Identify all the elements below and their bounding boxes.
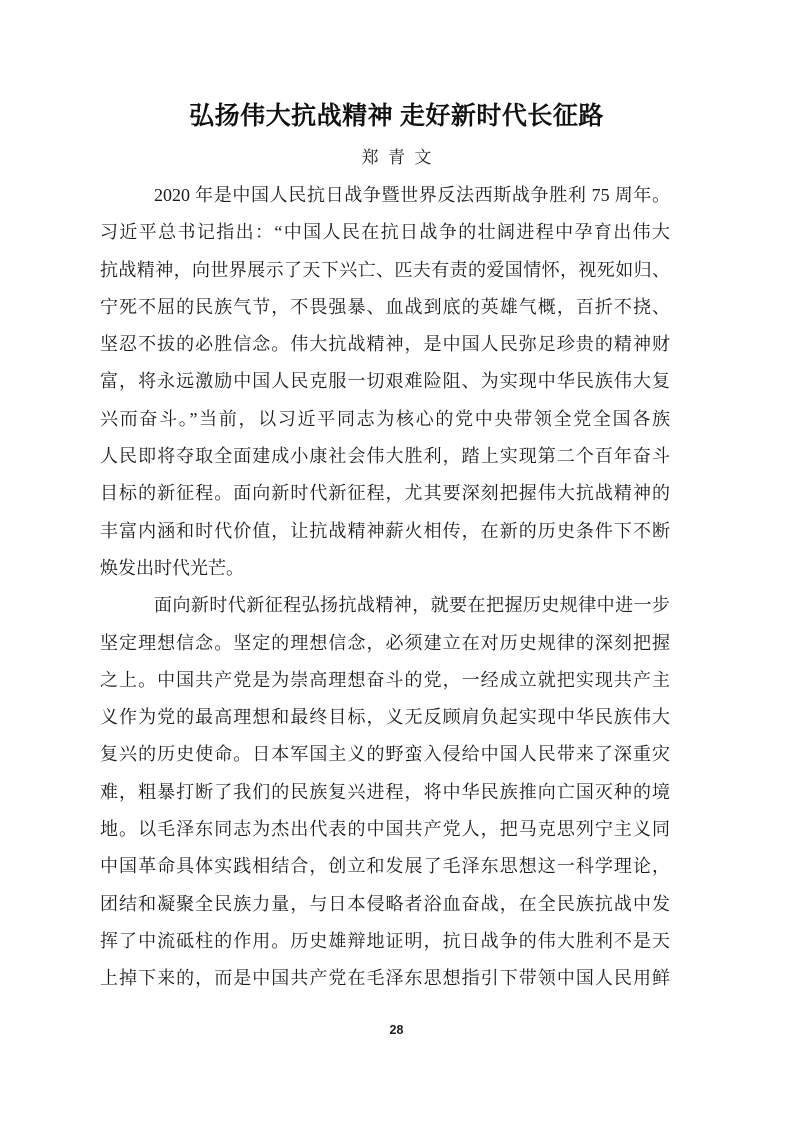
document-title: 弘扬伟大抗战精神 走好新时代长征路	[0, 96, 793, 132]
page-number: 28	[0, 1023, 793, 1037]
body-text-line: 义作为党的最高理想和最终目标，义无反顾肩负起实现中华民族伟大	[100, 699, 670, 736]
body-text-line: 目标的新征程。面向新时代新征程，尤其要深刻把握伟大抗战精神的	[100, 475, 670, 512]
body-text-line: 挥了中流砥柱的作用。历史雄辩地证明，抗日战争的伟大胜利不是天	[100, 923, 670, 960]
body-text-line: 坚忍不拔的必胜信念。伟大抗战精神，是中国人民弥足珍贵的精神财	[100, 326, 670, 363]
body-text-line: 面向新时代新征程弘扬抗战精神，就要在把握历史规律中进一步	[100, 587, 670, 624]
body-text-line: 焕发出时代光芒。	[100, 550, 670, 587]
body-text-line: 兴而奋斗。”当前，以习近平同志为核心的党中央带领全党全国各族	[100, 401, 670, 438]
body-text-line: 人民即将夺取全面建成小康社会伟大胜利，踏上实现第二个百年奋斗	[100, 438, 670, 475]
body-text-line: 坚定理想信念。坚定的理想信念，必须建立在对历史规律的深刻把握	[100, 625, 670, 662]
document-author: 郑青文	[0, 143, 793, 168]
document-body: 2020 年是中国人民抗日战争暨世界反法西斯战争胜利 75 周年。习近平总书记指…	[100, 177, 670, 998]
body-text-line: 上掉下来的，而是中国共产党在毛泽东思想指引下带领中国人民用鲜	[100, 960, 670, 997]
body-text-line: 2020 年是中国人民抗日战争暨世界反法西斯战争胜利 75 周年。	[100, 177, 670, 214]
body-text-line: 中国革命具体实践相结合，创立和发展了毛泽东思想这一科学理论，	[100, 848, 670, 885]
body-text-line: 抗战精神，向世界展示了天下兴亡、匹夫有责的爱国情怀，视死如归、	[100, 252, 670, 289]
body-text-line: 宁死不屈的民族气节，不畏强暴、血战到底的英雄气概，百折不挠、	[100, 289, 670, 326]
body-text-line: 地。以毛泽东同志为杰出代表的中国共产党人，把马克思列宁主义同	[100, 811, 670, 848]
document-page: 弘扬伟大抗战精神 走好新时代长征路 郑青文 2020 年是中国人民抗日战争暨世界…	[0, 0, 793, 1122]
body-text-line: 难，粗暴打断了我们的民族复兴进程，将中华民族推向亡国灭种的境	[100, 774, 670, 811]
body-text-line: 团结和凝聚全民族力量，与日本侵略者浴血奋战，在全民族抗战中发	[100, 886, 670, 923]
body-text-line: 富，将永远激励中国人民克服一切艰难险阻、为实现中华民族伟大复	[100, 363, 670, 400]
body-text-line: 之上。中国共产党是为崇高理想奋斗的党，一经成立就把实现共产主	[100, 662, 670, 699]
body-text-line: 复兴的历史使命。日本军国主义的野蛮入侵给中国人民带来了深重灾	[100, 736, 670, 773]
body-text-line: 习近平总书记指出：“中国人民在抗日战争的壮阔进程中孕育出伟大	[100, 214, 670, 251]
body-text-line: 丰富内涵和时代价值，让抗战精神薪火相传，在新的历史条件下不断	[100, 513, 670, 550]
